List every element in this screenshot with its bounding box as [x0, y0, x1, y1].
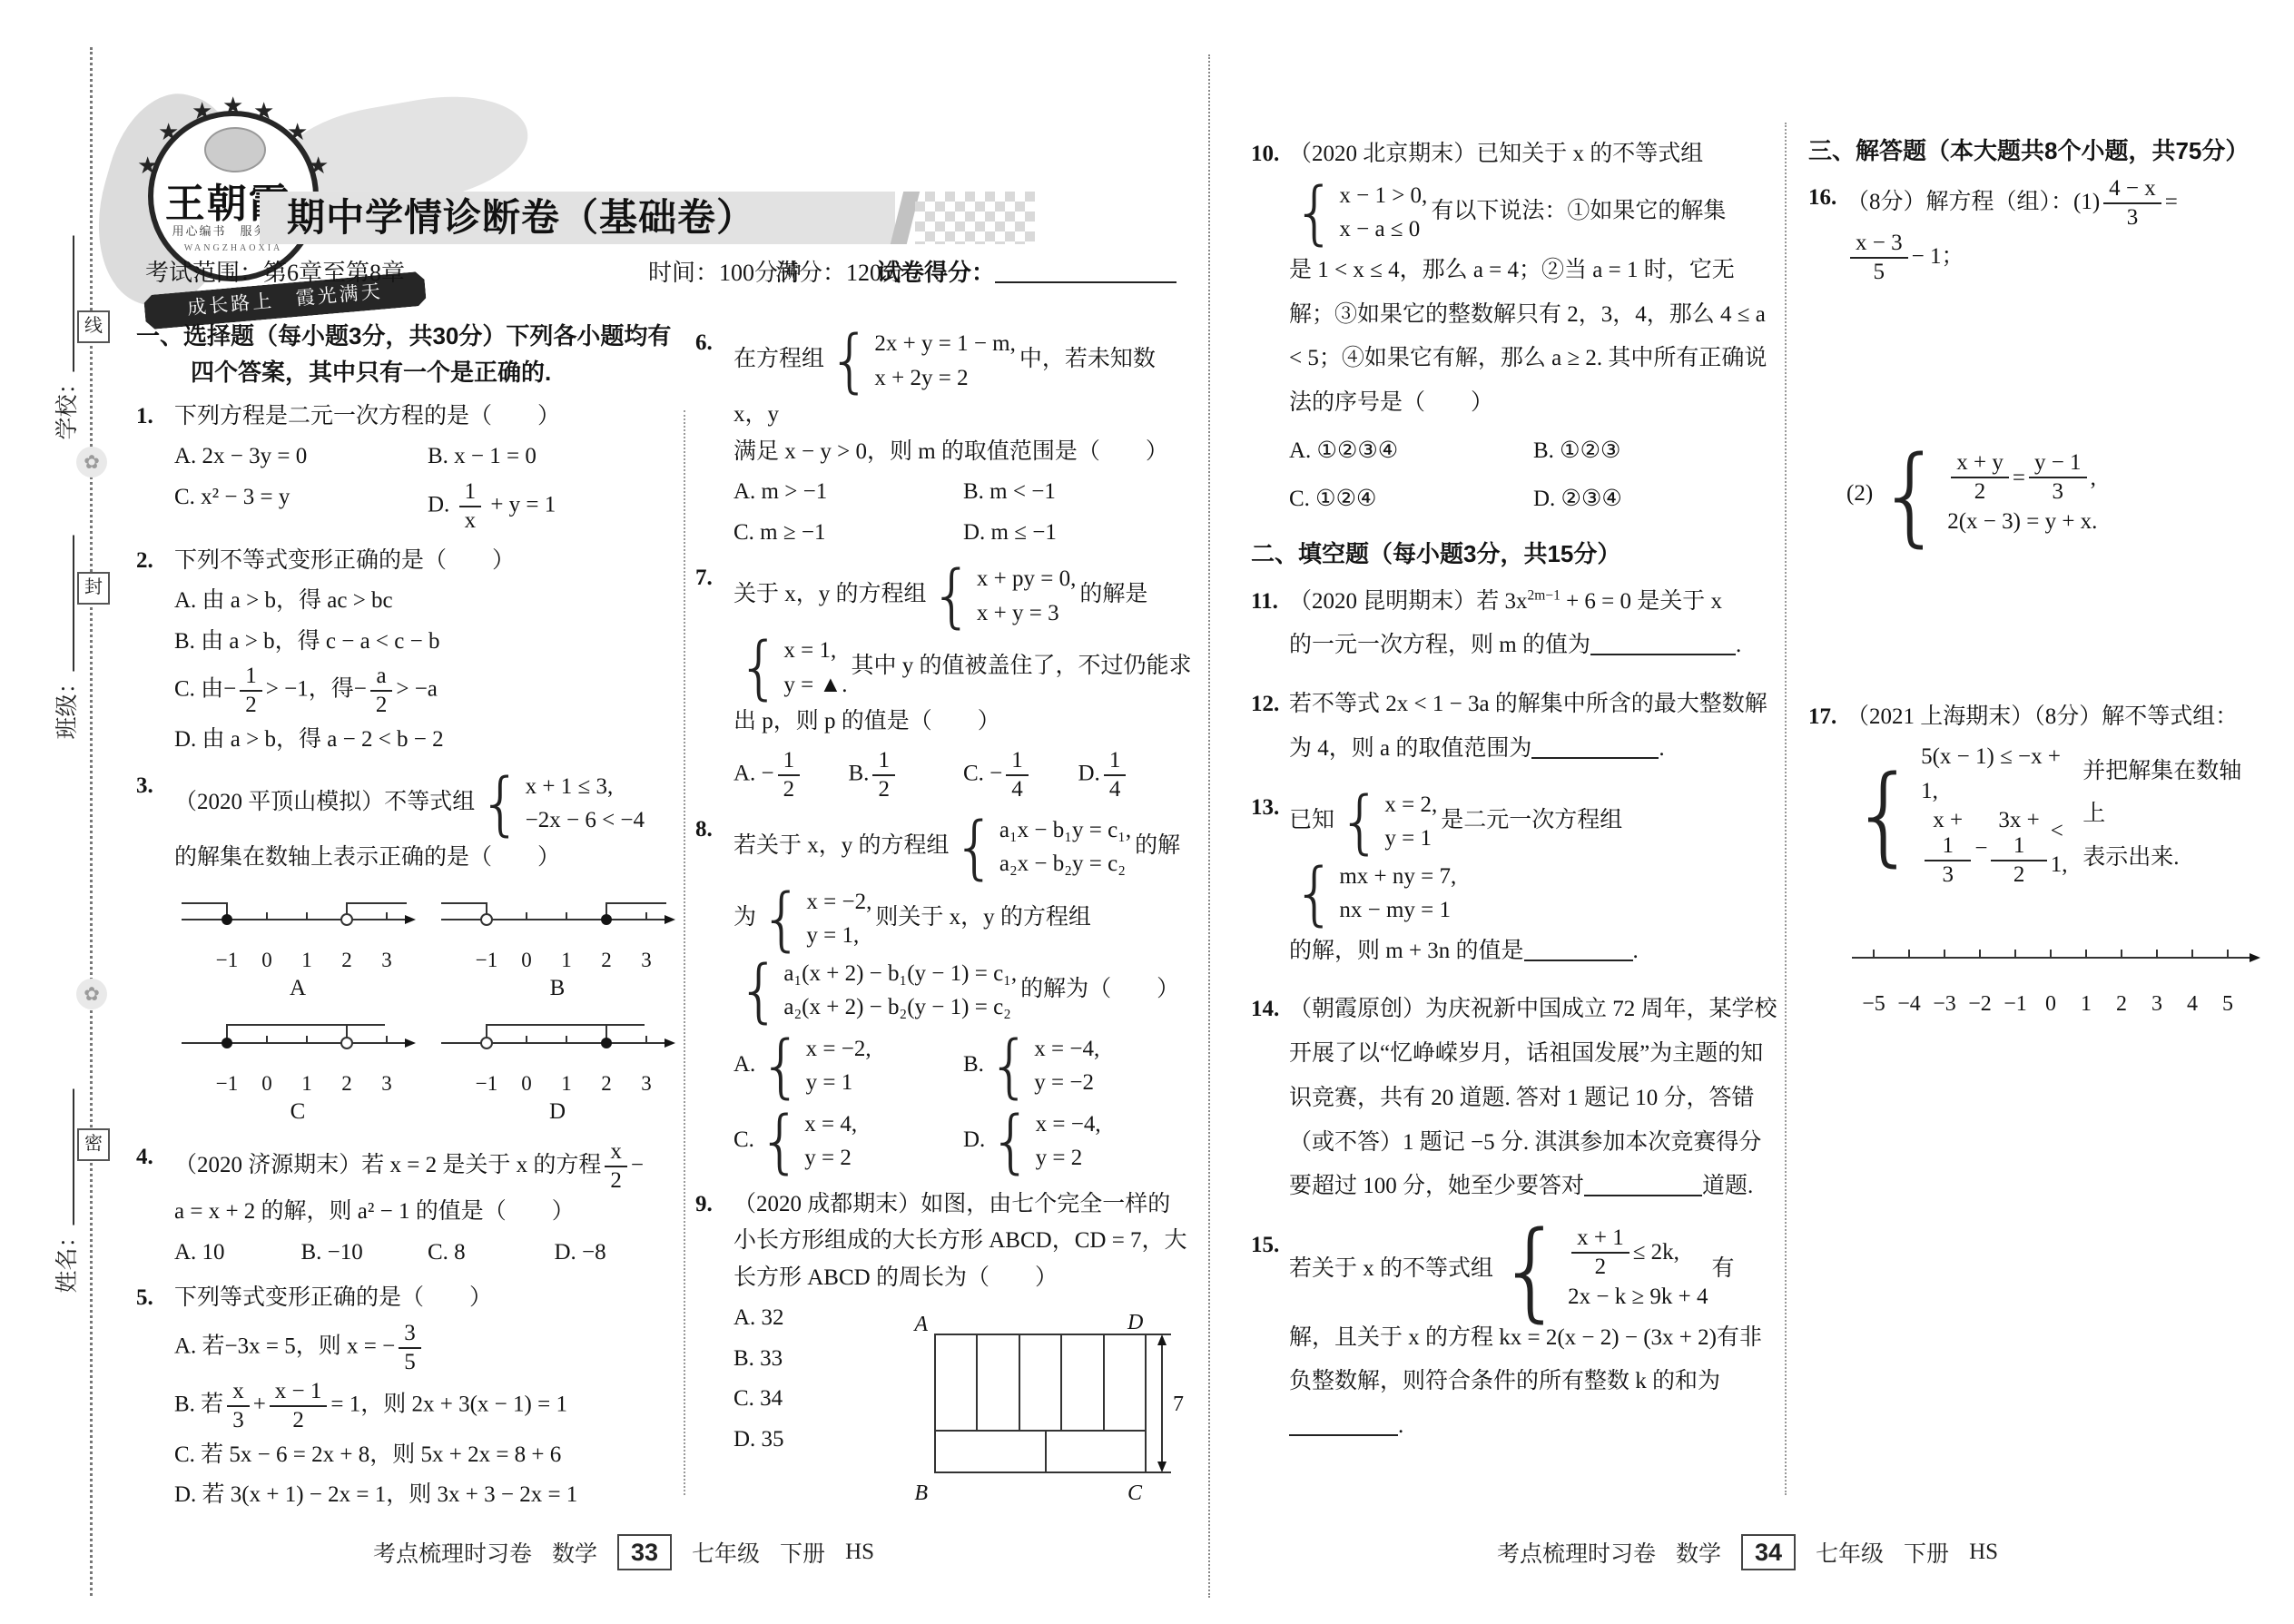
question-3: 3. （2020 平顶山模拟）不等式组{x + 1 ≤ 3,−2x − 6 < …: [136, 768, 681, 1131]
stem: 下列方程是二元一次方程的是（ ）: [174, 399, 681, 436]
equation-system: {x = −2,y = 1,: [760, 885, 871, 953]
tick: 2: [601, 1067, 612, 1100]
binding-dotted-line: [90, 47, 93, 1596]
fraction: x3: [227, 1379, 250, 1433]
option-c: C.{x = 4,y = 2: [733, 1106, 963, 1177]
question-15: 15. 若关于 x 的不等式组{x + 12≤ 2k,2x − k ≥ 9k +…: [1251, 1224, 1777, 1449]
stem: （朝霞原创）为庆祝新中国成立 72 周年，某学校开展了以“忆峥嵘岁月，话祖国发展…: [1289, 997, 1777, 1198]
option-b: B. 若x3+x − 12= 1，则 2x + 3(x − 1) = 1: [174, 1379, 681, 1433]
question-number: 10.: [1251, 133, 1279, 177]
numberline-option-C: −10123 C: [174, 1012, 421, 1130]
numberline-A: [174, 889, 421, 930]
question-11: 11. （2020 昆明期末）若 3x2m−1 + 6 = 0 是关于 x 的一…: [1251, 580, 1777, 669]
option-a: A. 若−3x = 5，则 x = −35: [174, 1321, 681, 1375]
page-title: 期中学情诊断卷（基础卷）: [287, 192, 755, 244]
tick: 1: [301, 1067, 312, 1100]
exam-scope: 考试范围：第6章至第8章: [145, 254, 405, 288]
fraction: 12: [240, 664, 262, 718]
part-2: (2){x + y2=y − 13,2(x − 3) = y + x.: [1846, 481, 2101, 506]
footer-grade: 七年级: [1816, 1536, 1884, 1569]
column-divider: [684, 410, 685, 1495]
stem-continued: 的一元一次方程，则 m 的值为.: [1289, 624, 1777, 668]
stem: 关于 x，y 的方程组{x + py = 0,x + y = 3的解是: [733, 582, 1147, 606]
footer-edition: HS: [1969, 1540, 1998, 1565]
stem-continued: 出 p，则 p 的值是（ ）: [733, 704, 1193, 741]
exponent: 2m−1: [1528, 587, 1561, 603]
tick: −1: [2004, 984, 2027, 1026]
question-10: 10. （2020 北京期末）已知关于 x 的不等式组 {x − 1 > 0,x…: [1251, 133, 1777, 521]
brace: {: [737, 640, 781, 695]
question-7: 7. 关于 x，y 的方程组{x + py = 0,x + y = 3的解是 {…: [695, 560, 1193, 802]
footer-series: 考点梳理时习卷: [1497, 1536, 1656, 1569]
numberline-options: −10123 A −10123 B: [174, 883, 681, 1130]
section-1-heading: 一、选择题（每小题3分，共30分）下列各小题均有四个答案，其中只有一个是正确的.: [136, 318, 681, 391]
section-3-heading: 三、解答题（本大题共8个小题，共75分）: [1808, 133, 2242, 169]
option-c: C. −14: [963, 748, 1078, 802]
tick: 4: [2187, 984, 2198, 1026]
work-space: [1846, 285, 2242, 448]
page-divider: [1208, 54, 1210, 1598]
brace: {: [930, 568, 974, 624]
question-13: 13. 已知{x = 2,y = 1是二元一次方程组{mx + ny = 7,n…: [1251, 786, 1777, 974]
answer-blank: [1531, 734, 1659, 759]
question-number: 2.: [136, 543, 153, 580]
option-c: C. 由−12> −1，得−a2> −a: [174, 664, 681, 718]
tick: 3: [641, 1067, 652, 1100]
option-a: A. −12: [733, 748, 849, 802]
option-d: D. m ≤ −1: [963, 515, 1193, 552]
class-label: 班级：: [55, 671, 80, 739]
seal-char-mi: 密: [77, 1128, 110, 1161]
stem-tail: 并把解集在数轴上表示出来.: [2082, 750, 2242, 880]
tick: 0: [261, 943, 272, 977]
stem: （2020 昆明期末）若 3x2m−1 + 6 = 0 是关于 x: [1289, 589, 1722, 614]
option-d: D. 若 3(x + 1) − 2x = 1，则 3x + 3 − 2x = 1: [174, 1477, 681, 1514]
fraction: x − 12: [270, 1379, 328, 1433]
equation-system: {2x + y = 1 − m,x + 2y = 2: [828, 327, 1016, 395]
fraction: 4 − x3: [2103, 176, 2161, 231]
numberline-option-D: −10123 D: [434, 1012, 681, 1130]
footer-page-33: 考点梳理时习卷 数学 33 七年级 下册 HS: [338, 1534, 910, 1570]
tick: 2: [341, 1067, 352, 1100]
equation-system: {x = −4,y = −2: [988, 1032, 1099, 1100]
equation-system: {x = 2,y = 1: [1338, 788, 1437, 856]
question-number: 8.: [695, 812, 713, 849]
stem-continued: 是 1 < x ≤ 4，那么 a = 4；②当 a = 1 时，它无解；③如果它…: [1289, 249, 1777, 426]
option-c: C. x² − 3 = y: [174, 479, 428, 534]
option-c: C. ①②④: [1289, 477, 1533, 522]
stem: （2020 北京期末）已知关于 x 的不等式组: [1289, 133, 1777, 177]
option-d: D. −8: [555, 1235, 682, 1272]
vertex-D: D: [1127, 1311, 1143, 1334]
option-b: B. m < −1: [963, 474, 1193, 511]
tick: 0: [521, 943, 532, 977]
footer-page-34: 考点梳理时习卷 数学 34 七年级 下册 HS: [1462, 1534, 2033, 1570]
name-field: 姓名：: [49, 1088, 82, 1293]
option-d: D.14: [1078, 748, 1194, 802]
tick: 3: [641, 943, 652, 977]
option-a: A. 10: [174, 1235, 301, 1272]
fraction: x + y2: [1951, 450, 2009, 505]
tick: 3: [381, 943, 392, 977]
stem: （2020 成都期末）如图，由七个完全一样的小长方形组成的大长方形 ABCD，C…: [733, 1186, 1193, 1297]
brace: {: [760, 891, 803, 947]
part-1: （8分）解方程（组）：(1)4 − x3=x − 35− 1；: [1846, 190, 2178, 269]
option-b: B. 33: [733, 1341, 906, 1378]
fraction: x + 12: [1571, 1225, 1629, 1280]
star-icon: ★: [253, 100, 274, 123]
question-number: 13.: [1251, 786, 1279, 831]
stem: 下列不等式变形正确的是（ ）: [174, 543, 681, 580]
question-number: 17.: [1808, 695, 1836, 739]
flower-icon: ✿: [76, 979, 107, 1009]
brace: {: [828, 333, 871, 389]
name-blank: [50, 1088, 74, 1225]
question-number: 11.: [1251, 580, 1278, 625]
equation-system: {x = −4,y = 2: [989, 1107, 1100, 1176]
star-icon: ★: [222, 94, 243, 118]
answer-blank: [1289, 1412, 1398, 1436]
question-2: 2. 下列不等式变形正确的是（ ） A. 由 a > b，得 ac > bc B…: [136, 543, 681, 759]
star-icon: ★: [287, 121, 308, 144]
equation-system: {x = −2,y = 1: [759, 1032, 871, 1100]
rectangle-ABCD-figure: A D B C 7: [901, 1311, 1193, 1506]
tick: 2: [2116, 984, 2127, 1026]
equation-system: {x = 1,y = ▲.: [737, 634, 847, 702]
stem: 若关于 x，y 的方程组{a₁x − b₁y = c₁,a₂x − b₂y = …: [733, 833, 1180, 858]
tick: 0: [521, 1067, 532, 1100]
stem: （2020 平顶山模拟）不等式组{x + 1 ≤ 3,−2x − 6 < −4: [174, 790, 648, 814]
question-number: 7.: [695, 560, 713, 597]
option-b: B. 由 a > b，得 c − a < c − b: [174, 624, 681, 661]
fraction: 12: [778, 748, 801, 802]
tick: −1: [216, 1067, 238, 1100]
stem-continued: {a₁(x + 2) − b₁(y − 1) = c₁,a₂(x + 2) − …: [733, 955, 1193, 1027]
question-number: 3.: [136, 768, 153, 805]
option-a: A. 2x − 3y = 0: [174, 438, 428, 476]
stem: 若关于 x 的不等式组{x + 12≤ 2k,2x − k ≥ 9k + 4有: [1289, 1256, 1735, 1281]
fraction: y − 13: [2029, 450, 2087, 505]
question-17: 17. （2021 上海期末）（8分）解不等式组： {5(x − 1) ≤ −x…: [1808, 695, 2242, 1011]
numberline-ticks: −5 −4 −3 −2 −1 0 1 2 3 4 5: [1846, 984, 2273, 1011]
tick: −3: [1933, 984, 1956, 1026]
option-b: B. x − 1 = 0: [428, 438, 681, 476]
option-a: A. ①②③④: [1289, 429, 1533, 474]
fraction: 1x: [459, 479, 482, 534]
page-number-badge: 34: [1741, 1534, 1796, 1570]
equation-system: {mx + ny = 7,nx − my = 1: [1293, 860, 1456, 928]
question-number: 4.: [136, 1139, 153, 1176]
seal-char-feng: 封: [77, 572, 110, 605]
portrait-icon: [204, 127, 266, 172]
question-14: 14. （朝霞原创）为庆祝新中国成立 72 周年，某学校开展了以“忆峥嵘岁月，话…: [1251, 988, 1777, 1209]
option-c: C. 34: [733, 1381, 906, 1418]
tick: −4: [1897, 984, 1921, 1026]
option-d: D. 由 a > b，得 a − 2 < b − 2: [174, 722, 681, 759]
option-b: B.12: [849, 748, 964, 802]
vertex-C: C: [1127, 1481, 1143, 1505]
dimension-7: 7: [1173, 1393, 1184, 1416]
question-6: 6. 在方程组{2x + y = 1 − m,x + 2y = 2中，若未知数 …: [695, 325, 1193, 551]
option-b: B. ①②③: [1533, 429, 1777, 474]
section-2-heading: 二、填空题（每小题3分，共15分）: [1251, 536, 1777, 572]
stem-continued: a = x + 2 的解，则 a² − 1 的值是（ ）: [174, 1194, 681, 1231]
tick: 1: [2081, 984, 2092, 1026]
stem-continued: 为{x = −2,y = 1,则关于 x，y 的方程组: [733, 883, 1193, 955]
rectangle-figure: A D B C 7: [901, 1311, 1193, 1519]
footer-edition: HS: [845, 1540, 874, 1565]
tick: −5: [1862, 984, 1885, 1026]
fraction: 14: [1006, 748, 1029, 802]
stem-continued: 的解集在数轴上表示正确的是（ ）: [174, 840, 681, 877]
question-number: 14.: [1251, 988, 1279, 1032]
class-field: 班级：: [49, 535, 82, 739]
footer-volume: 下册: [780, 1536, 825, 1569]
page-33-column-1: 一、选择题（每小题3分，共30分）下列各小题均有四个答案，其中只有一个是正确的.…: [136, 314, 681, 1523]
tick: −1: [216, 943, 238, 977]
tick: 2: [341, 943, 352, 977]
inequality-system: {x + 12≤ 2k,2x − k ≥ 9k + 4: [1497, 1225, 1708, 1314]
checker-decoration: [915, 192, 1035, 244]
option-c: C. 若 5x − 6 = 2x + 8，则 5x + 2x = 8 + 6: [174, 1437, 681, 1474]
equation-system: {x + py = 0,x + y = 3: [930, 562, 1077, 630]
question-9: 9. （2020 成都期末）如图，由七个完全一样的小长方形组成的大长方形 ABC…: [695, 1186, 1193, 1532]
footer-volume: 下册: [1904, 1536, 1949, 1569]
tick: 1: [561, 943, 572, 977]
brace: {: [478, 776, 522, 832]
vertex-B: B: [914, 1481, 928, 1505]
option-d: D. 1x + y = 1: [428, 479, 681, 534]
score-blank: [995, 258, 1177, 283]
answer-blank: [1584, 1172, 1702, 1196]
numberline-D: [434, 1012, 681, 1054]
question-4: 4. （2020 济源期末）若 x = 2 是关于 x 的方程x2− a = x…: [136, 1139, 681, 1271]
stem: （2020 济源期末）若 x = 2 是关于 x 的方程x2−: [174, 1153, 644, 1177]
question-number: 1.: [136, 399, 153, 436]
brace: {: [759, 1038, 802, 1094]
question-number: 16.: [1808, 176, 1836, 220]
fraction: 12: [872, 748, 895, 802]
option-d: D. 35: [733, 1422, 906, 1459]
question-number: 5.: [136, 1280, 153, 1317]
question-number: 12.: [1251, 683, 1279, 727]
question-16: 16. （8分）解方程（组）：(1)4 − x3=x − 35− 1； (2){…: [1808, 176, 2242, 541]
seal-char-line: 线: [77, 310, 110, 343]
brace: {: [988, 1038, 1031, 1094]
option-b: B.{x = −4,y = −2: [963, 1030, 1193, 1102]
numberline-option-A: −10123 A: [174, 889, 421, 1007]
option-b: B. −10: [301, 1235, 428, 1272]
answer-blank: [1590, 631, 1736, 655]
equation-system: {a₁x − b₁y = c₁,a₂x − b₂y = c₂: [953, 813, 1132, 881]
answer-blank: [1524, 937, 1633, 961]
stem-continued: {x = 1,y = ▲.其中 y 的值被盖住了，不过仍能求: [733, 632, 1193, 704]
brace: {: [1497, 1227, 1565, 1313]
brace: {: [1293, 185, 1336, 241]
tick: −1: [476, 943, 497, 977]
question-1: 1. 下列方程是二元一次方程的是（ ） A. 2x − 3y = 0B. x −…: [136, 399, 681, 534]
fraction: a2: [370, 664, 393, 718]
fraction: 14: [1104, 748, 1127, 802]
stem: 已知{x = 2,y = 1是二元一次方程组{mx + ny = 7,nx − …: [1289, 808, 1622, 904]
tick: 0: [261, 1067, 272, 1100]
footer-series: 考点梳理时习卷: [373, 1536, 532, 1569]
question-number: 6.: [695, 325, 713, 362]
class-blank: [50, 535, 74, 671]
tick: 0: [2045, 984, 2056, 1026]
page-33-column-2: 6. 在方程组{2x + y = 1 − m,x + 2y = 2中，若未知数 …: [695, 320, 1193, 1540]
brace: {: [989, 1114, 1032, 1169]
footer-subject: 数学: [1676, 1536, 1721, 1569]
stem-continued: {5(x − 1) ≤ −x + 1,x + 13−3x + 12< 1, 并把…: [1846, 738, 2242, 890]
score-label: 试卷得分：: [877, 259, 995, 286]
equation-system: {a₁(x + 2) − b₁(y − 1) = c₁,a₂(x + 2) − …: [737, 957, 1017, 1025]
question-number: 9.: [695, 1186, 713, 1224]
option-c: C. 8: [428, 1235, 555, 1272]
tick: 1: [301, 943, 312, 977]
option-a: A. m > −1: [733, 474, 963, 511]
option-a: A. 由 a > b，得 ac > bc: [174, 583, 681, 620]
tick: 5: [2222, 984, 2233, 1026]
stem: 若不等式 2x < 1 − 3a 的解集中所含的最大整数解为 4，则 a 的取值…: [1289, 692, 1767, 761]
fraction: x2: [605, 1139, 627, 1194]
name-label: 姓名：: [55, 1225, 80, 1293]
answer-numberline: −5 −4 −3 −2 −1 0 1 2 3 4 5: [1846, 940, 2273, 1011]
option-a: A.{x = −2,y = 1: [733, 1030, 963, 1102]
stem: （2021 上海期末）（8分）解不等式组：: [1846, 695, 2242, 739]
page-number-badge: 33: [617, 1534, 672, 1570]
footer-grade: 七年级: [692, 1536, 760, 1569]
brace: {: [1876, 452, 1944, 537]
brand-arc-text: WANGZHAOXIA: [153, 243, 313, 253]
star-icon: ★: [192, 100, 212, 123]
vertex-A: A: [912, 1313, 928, 1336]
options: A. 32 B. 33 C. 34 D. 35: [733, 1300, 906, 1458]
equation-system: {x − 1 > 0,x − a ≤ 0: [1293, 179, 1427, 247]
tick: −1: [476, 1067, 497, 1100]
equation-system: {x + y2=y − 13,2(x − 3) = y + x.: [1876, 450, 2097, 539]
fraction: x − 35: [1850, 231, 1908, 285]
brace: {: [1338, 794, 1382, 850]
question-5: 5. 下列等式变形正确的是（ ） A. 若−3x = 5，则 x = −35 B…: [136, 1280, 681, 1514]
fraction: 3x + 12: [1991, 808, 2046, 888]
question-number: 15.: [1251, 1224, 1279, 1268]
brace: {: [737, 963, 781, 1019]
option-d: D. ②③④: [1533, 477, 1777, 522]
tick: 1: [561, 1067, 572, 1100]
school-label: 学校：: [55, 371, 80, 439]
question-8: 8. 若关于 x，y 的方程组{a₁x − b₁y = c₁,a₂x − b₂y…: [695, 812, 1193, 1177]
brace: {: [758, 1114, 802, 1169]
fraction: 35: [399, 1321, 421, 1375]
option-a: A. 32: [733, 1300, 906, 1337]
inequality-system: {5(x − 1) ≤ −x + 1,x + 13−3x + 12< 1,: [1850, 740, 2079, 888]
tick: 2: [601, 943, 612, 977]
score-field: 试卷得分：: [877, 254, 1177, 288]
brace: {: [1850, 772, 1918, 857]
brace: {: [953, 820, 997, 875]
tick: −2: [1968, 984, 1992, 1026]
question-9-body: A. 32 B. 33 C. 34 D. 35: [733, 1300, 1193, 1531]
numberline-B: [434, 889, 681, 930]
equation-system: {x = 4,y = 2: [758, 1107, 857, 1176]
question-12: 12. 若不等式 2x < 1 − 3a 的解集中所含的最大整数解为 4，则 a…: [1251, 683, 1777, 772]
stem: 在方程组{2x + y = 1 − m,x + 2y = 2中，若未知数 x，y: [733, 347, 1156, 427]
option-c: C. m ≥ −1: [733, 515, 963, 552]
fraction: x + 13: [1925, 808, 1971, 888]
option-d: D.{x = −4,y = 2: [963, 1106, 1193, 1177]
footer-subject: 数学: [552, 1536, 597, 1569]
tick: 3: [2151, 984, 2162, 1026]
stem-continued: 解，且关于 x 的方程 kx = 2(x − 2) − (3x + 2)有非负整…: [1289, 1316, 1777, 1449]
stem: 下列等式变形正确的是（ ）: [174, 1280, 681, 1317]
stem-continued: 满足 x − y > 0，则 m 的取值范围是（ ）: [733, 434, 1193, 471]
numberline-axis: [1846, 943, 2273, 969]
stem-continued: {x − 1 > 0,x − a ≤ 0有以下说法：①如果它的解集: [1289, 177, 1777, 249]
star-icon: ★: [158, 121, 179, 144]
numberline-C: [174, 1012, 421, 1054]
flower-icon: ✿: [76, 447, 107, 477]
numberline-option-B: −10123 B: [434, 889, 681, 1007]
stem-continued: 的解，则 m + 3n 的值是.: [1289, 930, 1777, 974]
page-34-column-2: 三、解答题（本大题共8个小题，共75分） 16. （8分）解方程（组）：(1)4…: [1808, 129, 2242, 1020]
column-divider: [1785, 123, 1787, 1495]
school-blank: [50, 235, 74, 371]
tick: 3: [381, 1067, 392, 1100]
equation-system: {x + 1 ≤ 3,−2x − 6 < −4: [478, 770, 645, 838]
page-34-column-1: 10. （2020 北京期末）已知关于 x 的不等式组 {x − 1 > 0,x…: [1251, 127, 1777, 1463]
brace: {: [1293, 866, 1336, 921]
